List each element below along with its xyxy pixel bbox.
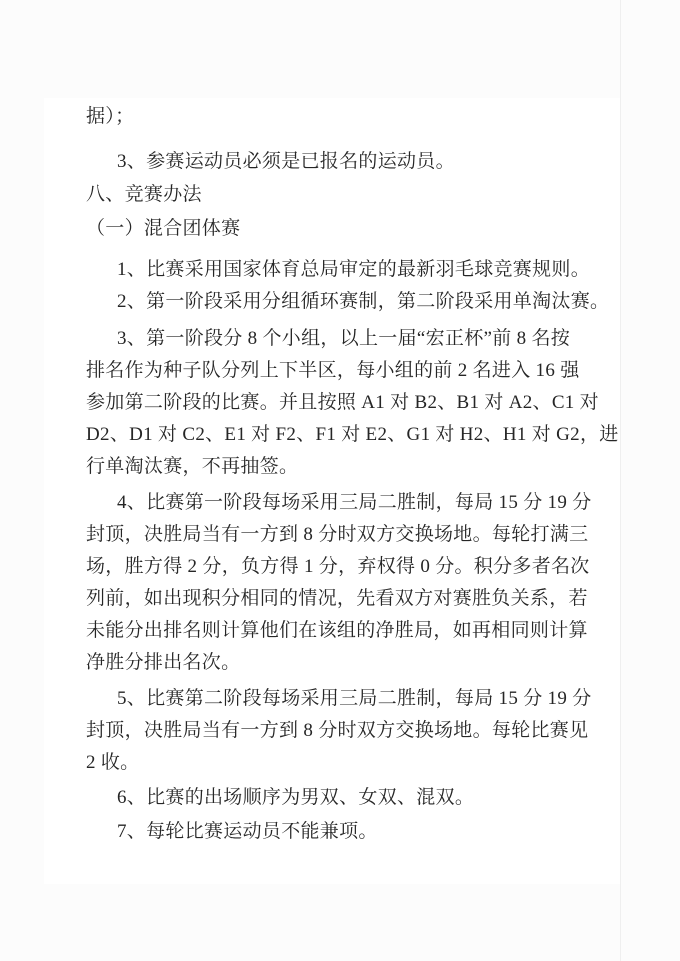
rule-3-registered-athletes: 3、参赛运动员必须是已报名的运动员。: [86, 146, 598, 178]
method-rule-2: 2、第一阶段采用分组循环赛制，第二阶段采用单淘汰赛。: [86, 286, 598, 318]
method-rule-7: 7、每轮比赛运动员不能兼项。: [86, 816, 598, 848]
method-rule-4-line-1: 4、比赛第一阶段每场采用三局二胜制，每局 15 分 19 分: [86, 487, 598, 519]
method-rule-5-line-3: 2 收。: [86, 747, 598, 779]
method-rule-5-line-1: 5、比赛第二阶段每场采用三局二胜制，每局 15 分 19 分: [86, 683, 598, 715]
section-8-heading: 八、竞赛办法: [86, 179, 598, 211]
method-rule-4-line-6: 净胜分排出名次。: [86, 647, 598, 679]
method-rule-3-line-4: D2、D1 对 C2、E1 对 F2、F1 对 E2、G1 对 H2、H1 对 …: [86, 419, 598, 451]
method-rule-4-line-4: 列前，如出现积分相同的情况，先看双方对赛胜负关系，若: [86, 583, 598, 615]
method-rule-4-line-3: 场，胜方得 2 分，负方得 1 分，弃权得 0 分。积分多者名次: [86, 551, 598, 583]
method-rule-4-line-5: 未能分出排名则计算他们在该组的净胜局，如再相同则计算: [86, 615, 598, 647]
method-rule-1: 1、比赛采用国家体育总局审定的最新羽毛球竞赛规则。: [86, 254, 598, 286]
method-rule-3-line-5: 行单淘汰赛，不再抽签。: [86, 451, 598, 483]
document-text-block: 据）； 3、参赛运动员必须是已报名的运动员。 八、竞赛办法 （一）混合团体赛 1…: [86, 101, 598, 848]
method-rule-5-line-2: 封顶，决胜局当有一方到 8 分时双方交换场地。每轮比赛见: [86, 715, 598, 747]
method-rule-3-line-2: 排名作为种子队分列上下半区，每小组的前 2 名进入 16 强: [86, 355, 598, 387]
paragraph-continuation-line: 据）；: [86, 101, 598, 133]
subsection-1-mixed-team-heading: （一）混合团体赛: [86, 213, 598, 245]
method-rule-4-line-2: 封顶，决胜局当有一方到 8 分时双方交换场地。每轮打满三: [86, 519, 598, 551]
method-rule-3-line-3: 参加第二阶段的比赛。并且按照 A1 对 B2、B1 对 A2、C1 对: [86, 387, 598, 419]
method-rule-6: 6、比赛的出场顺序为男双、女双、混双。: [86, 782, 598, 814]
scan-seam-line: [620, 0, 621, 961]
method-rule-3-line-1: 3、第一阶段分 8 个小组，以上一届“宏正杯”前 8 名按: [86, 323, 598, 355]
